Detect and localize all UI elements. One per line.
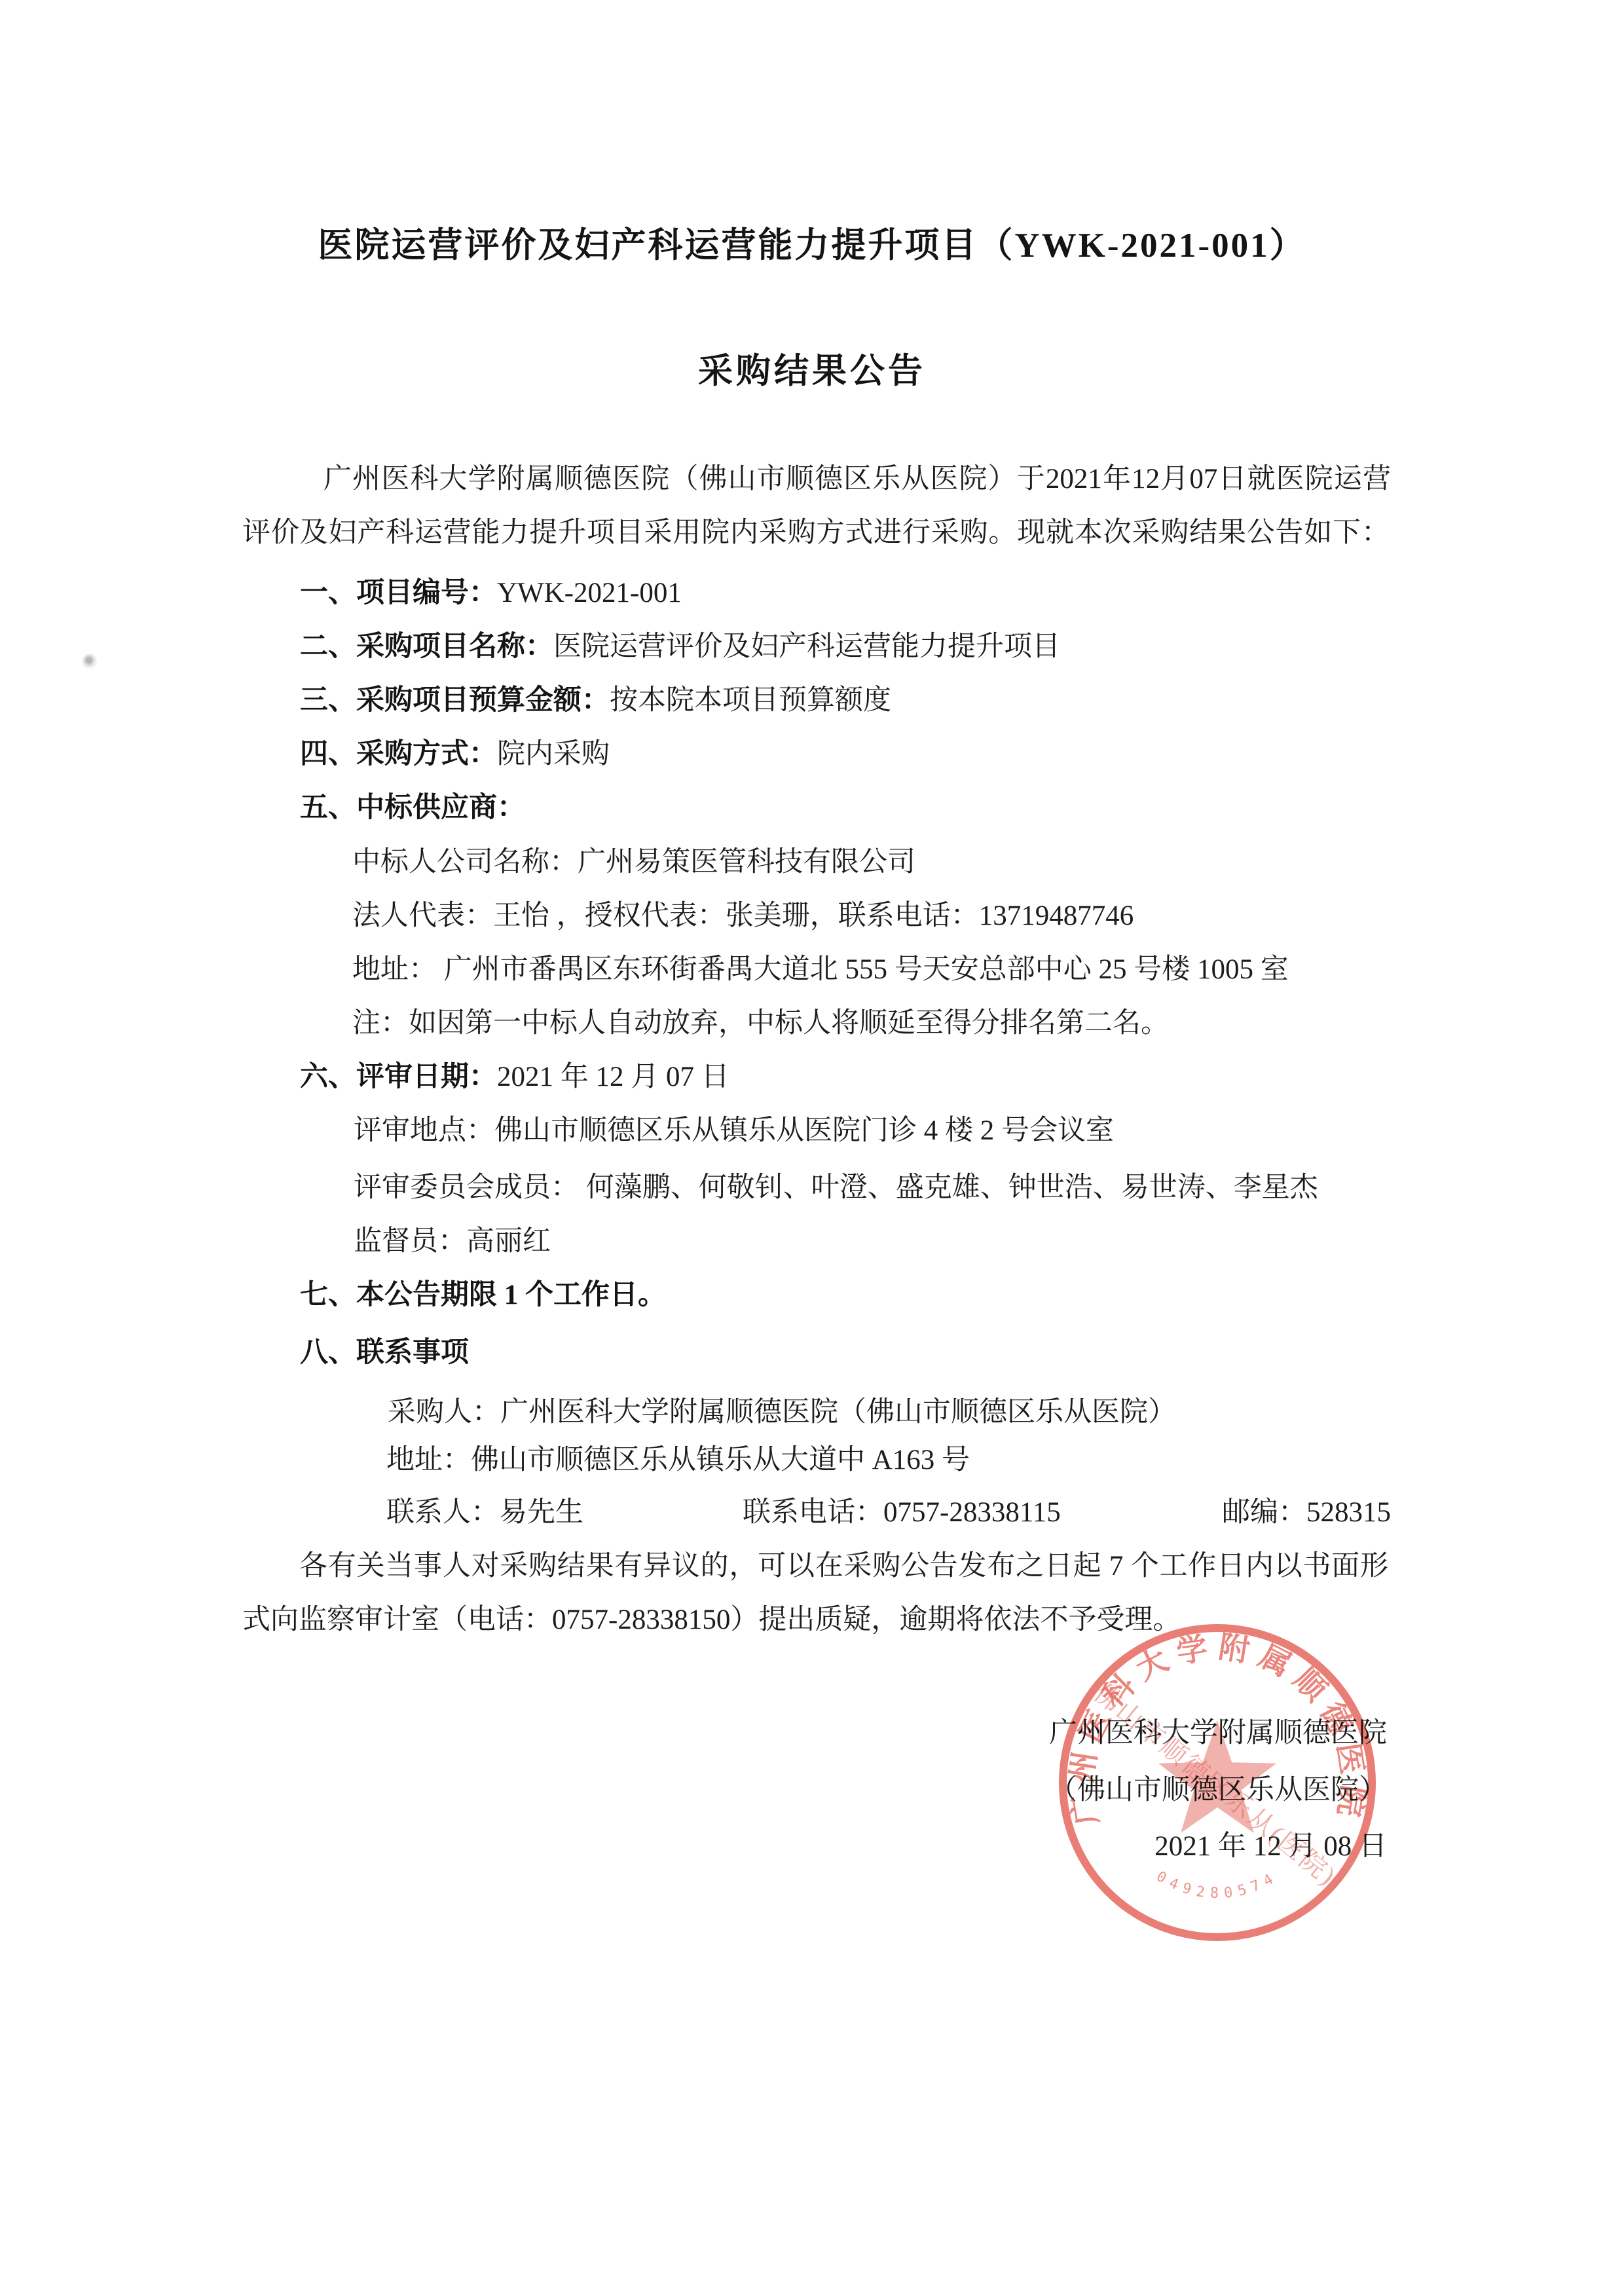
closing-paragraph-line-2: 式向监察审计室（电话：0757-28338150）提出质疑，逾期将依法不予受理。 — [242, 1603, 1181, 1637]
review-place-line: 评审地点：佛山市顺德区乐从镇乐从医院门诊 4 楼 2 号会议室 — [354, 1114, 1114, 1148]
item-budget-value: 按本院本项目预算额度 — [610, 685, 891, 716]
item-contact-heading: 八、联系事项 — [300, 1336, 469, 1370]
seal-serial: 049280574 — [1153, 1868, 1281, 1902]
item-review-date-value: 2021 年 12 月 07 日 — [497, 1062, 729, 1092]
closing-paragraph-line-1: 各有关当事人对采购结果有异议的，可以在采购公告发布之日起 7 个工作日内以书面形 — [299, 1549, 1388, 1583]
item-project-name: 二、采购项目名称：医院运营评价及妇产科运营能力提升项目 — [300, 630, 1060, 664]
item-budget-label: 三、采购项目预算金额： — [300, 685, 610, 716]
winner-note-line: 注：如因第一中标人自动放弃，中标人将顺延至得分排名第二名。 — [352, 1007, 1169, 1041]
contact-address-line: 地址：佛山市顺德区乐从镇乐从大道中 A163 号 — [386, 1443, 970, 1477]
item-method: 四、采购方式：院内采购 — [300, 737, 610, 771]
item-contact-heading-label: 八、联系事项 — [300, 1337, 469, 1368]
contact-zip: 邮编：528315 — [1222, 1496, 1391, 1530]
intro-paragraph-line-1: 广州医科大学附属顺德医院（佛山市顺德区乐从医院）于2021年12月07日就医院运… — [323, 462, 1391, 496]
item-project-name-label: 二、采购项目名称： — [300, 631, 553, 662]
winner-legal-rep-line: 法人代表：王怡 ，授权代表：张美珊，联系电话：13719487746 — [352, 899, 1134, 933]
item-notice-period-label: 七、本公告期限 1 个工作日。 — [300, 1280, 666, 1310]
contact-phone: 联系电话：0757-28338115 — [743, 1496, 1061, 1530]
item-project-number-value: YWK-2021-001 — [497, 578, 682, 608]
item-winner-heading-label: 五、中标供应商： — [300, 792, 525, 823]
winner-address-line: 地址： 广州市番禺区东环街番禺大道北 555 号天安总部中心 25 号楼 100… — [352, 953, 1289, 987]
item-project-name-value: 医院运营评价及妇产科运营能力提升项目 — [553, 631, 1060, 662]
item-method-value: 院内采购 — [497, 739, 610, 769]
review-committee-line: 评审委员会成员： 何藻鹏、何敬钊、叶澄、盛克雄、钟世浩、易世涛、李星杰 — [354, 1171, 1318, 1205]
item-budget: 三、采购项目预算金额：按本院本项目预算额度 — [300, 684, 891, 718]
item-review-date: 六、评审日期：2021 年 12 月 07 日 — [300, 1060, 729, 1094]
svg-text:049280574: 049280574 — [1153, 1868, 1281, 1902]
seal-inner-text: 佛山市顺德区乐从(医院) — [1088, 1678, 1342, 1891]
document-subtitle: 采购结果公告 — [0, 343, 1624, 393]
contact-person: 联系人：易先生 — [386, 1496, 583, 1530]
item-project-number: 一、项目编号：YWK-2021-001 — [300, 576, 682, 610]
item-notice-period: 七、本公告期限 1 个工作日。 — [300, 1278, 666, 1312]
contact-buyer-line: 采购人：广州医科大学附属顺德医院（佛山市顺德区乐从医院） — [388, 1396, 1176, 1430]
winner-company-line: 中标人公司名称：广州易策医管科技有限公司 — [352, 845, 915, 880]
item-method-label: 四、采购方式： — [300, 739, 497, 769]
item-review-date-label: 六、评审日期： — [300, 1062, 497, 1092]
item-winner-heading: 五、中标供应商： — [300, 791, 525, 825]
official-seal-stamp: 广州医科大学附属顺德医院 佛山市顺德区乐从(医院) 049280574 — [1054, 1619, 1381, 1946]
intro-paragraph-line-2: 评价及妇产科运营能力提升项目采用院内采购方式进行采购。现就本次采购结果公告如下： — [242, 516, 1390, 550]
document-title: 医院运营评价及妇产科运营能力提升项目（YWK-2021-001） — [0, 217, 1624, 267]
review-supervisor-line: 监督员：高丽红 — [354, 1225, 551, 1259]
document-page: 医院运营评价及妇产科运营能力提升项目（YWK-2021-001） 采购结果公告 … — [0, 0, 1624, 2296]
item-project-number-label: 一、项目编号： — [300, 578, 497, 608]
scan-smudge — [83, 654, 97, 671]
